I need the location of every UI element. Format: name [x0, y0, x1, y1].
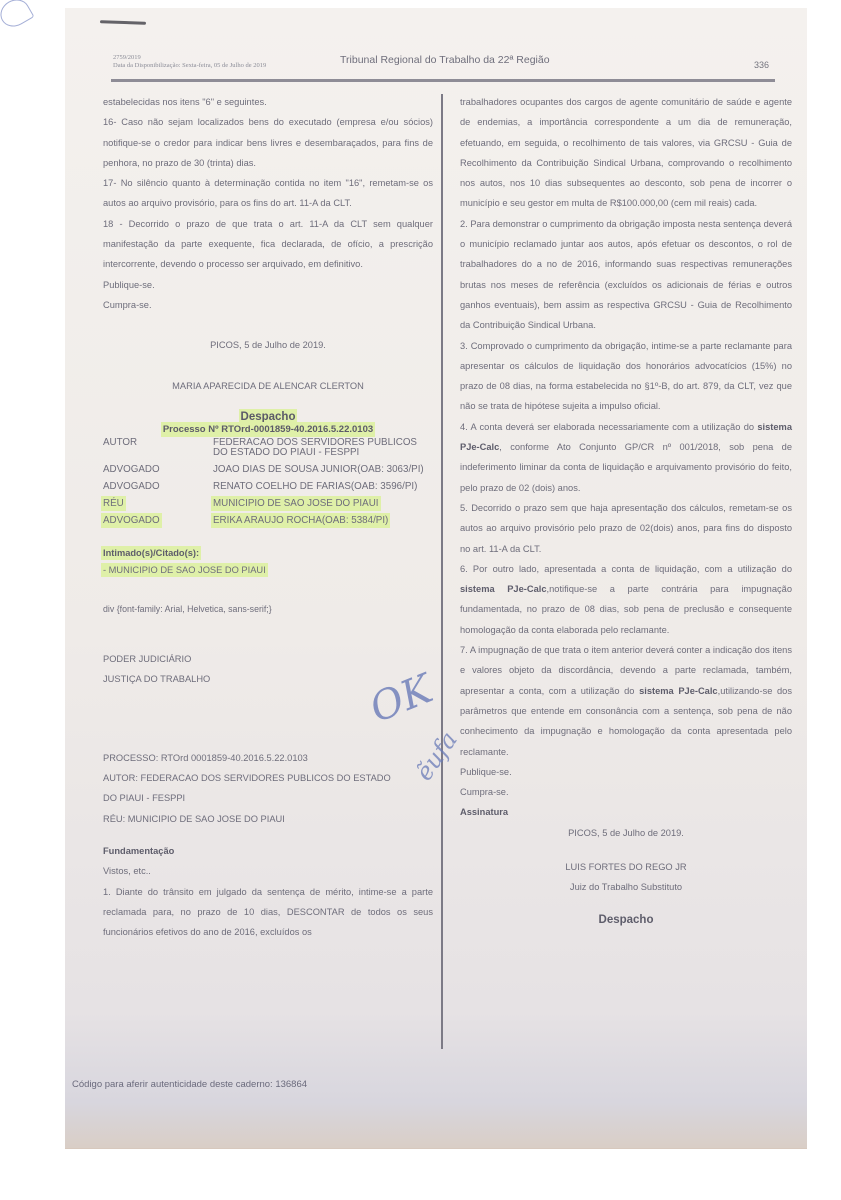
right-column: trabalhadores ocupantes dos cargos de ag…	[460, 92, 792, 930]
party-row: ADVOGADORENATO COELHO DE FARIAS(OAB: 359…	[103, 482, 433, 499]
signer-name: MARIA APARECIDA DE ALENCAR CLERTON	[103, 376, 433, 396]
paragraph: 18 - Decorrido o prazo de que trata o ar…	[103, 214, 433, 275]
despacho-title: Despacho	[241, 411, 296, 423]
party-row: ADVOGADOERIKA ARAUJO ROCHA(OAB: 5384/PI)	[103, 516, 433, 533]
publique-text: Publique-se.	[460, 762, 792, 782]
paragraph: 4. A conta deverá ser elaborada necessar…	[460, 417, 792, 498]
paragraph: 16- Caso não sejam localizados bens do e…	[103, 112, 433, 173]
intimado-item: - MUNICIPIO DE SAO JOSE DO PIAUI	[103, 565, 266, 575]
party-name: FEDERACAO DOS SERVIDORES PUBLICOS DO EST…	[213, 437, 417, 458]
paragraph: trabalhadores ocupantes dos cargos de ag…	[460, 92, 792, 214]
place-date: PICOS, 5 de Julho de 2019.	[460, 823, 792, 843]
vistos-text: Vistos, etc..	[103, 861, 433, 881]
court-title: Tribunal Regional do Trabalho da 22ª Reg…	[340, 54, 550, 66]
judge-name: LUIS FORTES DO REGO JR	[460, 857, 792, 877]
publique-text: Publique-se.	[103, 275, 433, 295]
place-date: PICOS, 5 de Julho de 2019.	[103, 335, 433, 355]
paragraph: 5. Decorrido o prazo sem que haja aprese…	[460, 498, 792, 559]
party-row: RÉUMUNICIPIO DE SAO JOSE DO PIAUI	[103, 499, 433, 516]
intimados-block: Intimado(s)/Citado(s): - MUNICIPIO DE SA…	[103, 545, 433, 579]
party-row: AUTORFEDERACAO DOS SERVIDORES PUBLICOS D…	[103, 438, 433, 465]
intimados-label: Intimado(s)/Citado(s):	[103, 548, 199, 558]
judiciary-title: PODER JUDICIÁRIO	[103, 649, 433, 669]
paragraph-item1: 1. Diante do trânsito em julgado da sent…	[103, 882, 433, 943]
party-name: MUNICIPIO DE SAO JOSE DO PIAUI	[213, 498, 379, 509]
paragraph: 3. Comprovado o cumprimento da obrigação…	[460, 336, 792, 417]
party-role: ADVOGADO	[103, 515, 160, 526]
column-divider	[441, 94, 443, 1049]
process-line: PROCESSO: RTOrd 0001859-40.2016.5.22.010…	[103, 748, 433, 768]
judge-title: Juiz do Trabalho Substituto	[460, 877, 792, 897]
party-role: AUTOR	[103, 437, 137, 448]
left-column: estabelecidas nos itens "6" e seguintes.…	[103, 92, 433, 942]
paragraph: 2. Para demonstrar o cumprimento da obri…	[460, 214, 792, 336]
cumpra-text: Cumpra-se.	[103, 295, 433, 315]
css-artifact-text: div {font-family: Arial, Helvetica, sans…	[103, 599, 433, 619]
pje-calc-emphasis: sistema PJe-Calc	[460, 584, 547, 594]
process-number: Processo Nº RTOrd-0001859-40.2016.5.22.0…	[163, 424, 373, 435]
section-title: Fundamentação	[103, 841, 433, 861]
paragraph: 7. A impugnação de que trata o item ante…	[460, 640, 792, 762]
signature-label: Assinatura	[460, 802, 792, 822]
edition-number: 2759/2019	[113, 54, 266, 62]
author-line: AUTOR: FEDERACAO DOS SERVIDORES PUBLICOS…	[103, 768, 403, 809]
text: 4. A conta deverá ser elaborada necessar…	[460, 422, 757, 432]
text: 6. Por outro lado, apresentada a conta d…	[460, 564, 792, 574]
availability-date: Data da Disponibilização: Sexta-feira, 0…	[113, 62, 266, 70]
authenticity-code: Código para aferir autenticidade deste c…	[72, 1079, 307, 1090]
party-role: ADVOGADO	[103, 464, 160, 475]
page-number: 336	[754, 60, 769, 70]
party-name: ERIKA ARAUJO ROCHA(OAB: 5384/PI)	[213, 515, 388, 526]
party-role: RÉU	[103, 498, 124, 509]
party-role: ADVOGADO	[103, 481, 160, 492]
party-name: JOAO DIAS DE SOUSA JUNIOR(OAB: 3063/PI)	[213, 464, 424, 475]
party-row: ADVOGADOJOAO DIAS DE SOUSA JUNIOR(OAB: 3…	[103, 465, 433, 482]
defendant-line: RÉU: MUNICIPIO DE SAO JOSE DO PIAUI	[103, 809, 433, 829]
header-rule	[111, 79, 775, 82]
paragraph: 17- No silêncio quanto à determinação co…	[103, 173, 433, 214]
paragraph: estabelecidas nos itens "6" e seguintes.	[103, 92, 433, 112]
next-despacho-title: Despacho	[460, 910, 792, 930]
header-left: 2759/2019 Data da Disponibilização: Sext…	[113, 54, 266, 70]
paragraph: 6. Por outro lado, apresentada a conta d…	[460, 559, 792, 640]
parties-table: AUTORFEDERACAO DOS SERVIDORES PUBLICOS D…	[103, 438, 433, 533]
cumpra-text: Cumpra-se.	[460, 782, 792, 802]
party-name: RENATO COELHO DE FARIAS(OAB: 3596/PI)	[213, 481, 417, 492]
text: , conforme Ato Conjunto GP/CR nº 001/201…	[460, 442, 792, 493]
pje-calc-emphasis: sistema PJe-Calc	[639, 686, 718, 696]
handwritten-loop-mark	[0, 0, 34, 32]
text: ,utilizando-se dos parâmetros que entend…	[460, 686, 792, 757]
